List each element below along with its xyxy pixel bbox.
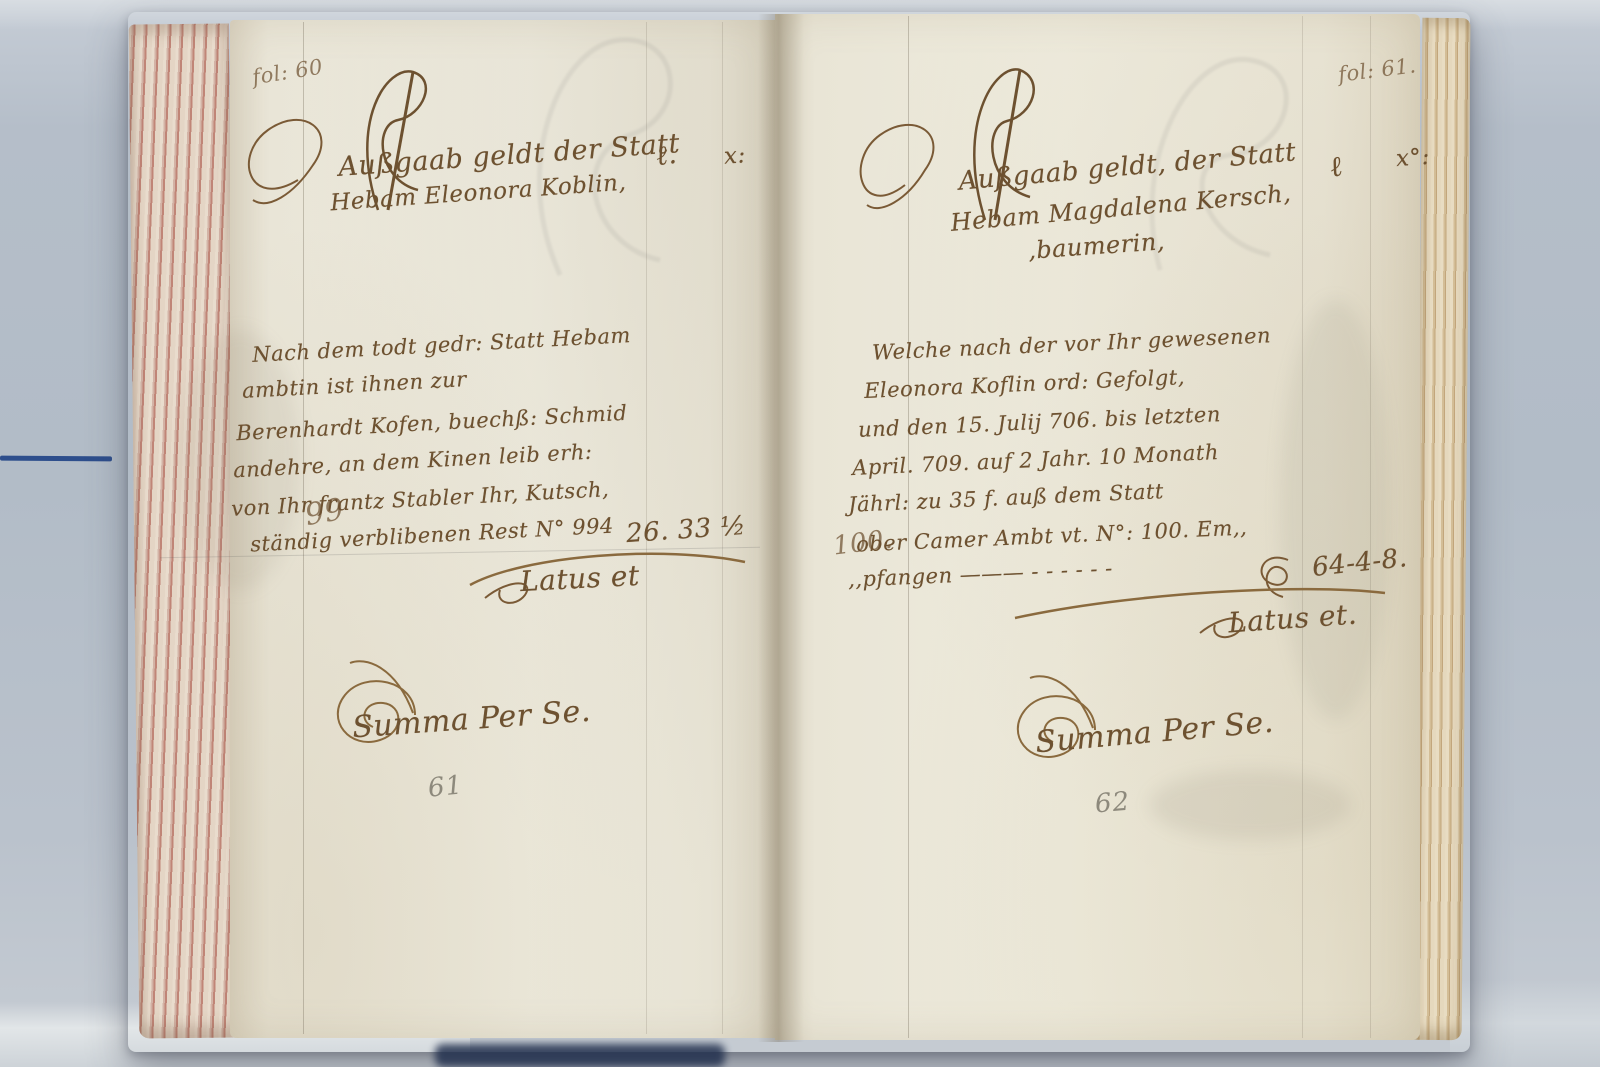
book-bottom-shadow [435,1044,725,1067]
bleedthrough-column-right [1280,300,1390,720]
left-margin-entry-number: 99 [302,492,347,533]
table-bottom-right [1450,980,1600,1067]
left-column-florin: ℓ. [654,139,679,173]
book-gutter [758,14,804,1042]
ledger-photo: fol: 60 Außgaab geldt der Statt Hebam El… [0,0,1600,1067]
table-blue-line [0,456,112,462]
left-column-kreuzer: x: [723,142,746,169]
right-pencil-folio: 62 [1094,787,1132,820]
left-pencil-folio: 61 [427,770,465,804]
bleedthrough-pencil-right [1150,770,1350,840]
right-column-kreuzer: x°: [1395,144,1430,172]
left-latus-label: Latus et [519,559,640,598]
book-fore-edge-right [1414,18,1471,1040]
